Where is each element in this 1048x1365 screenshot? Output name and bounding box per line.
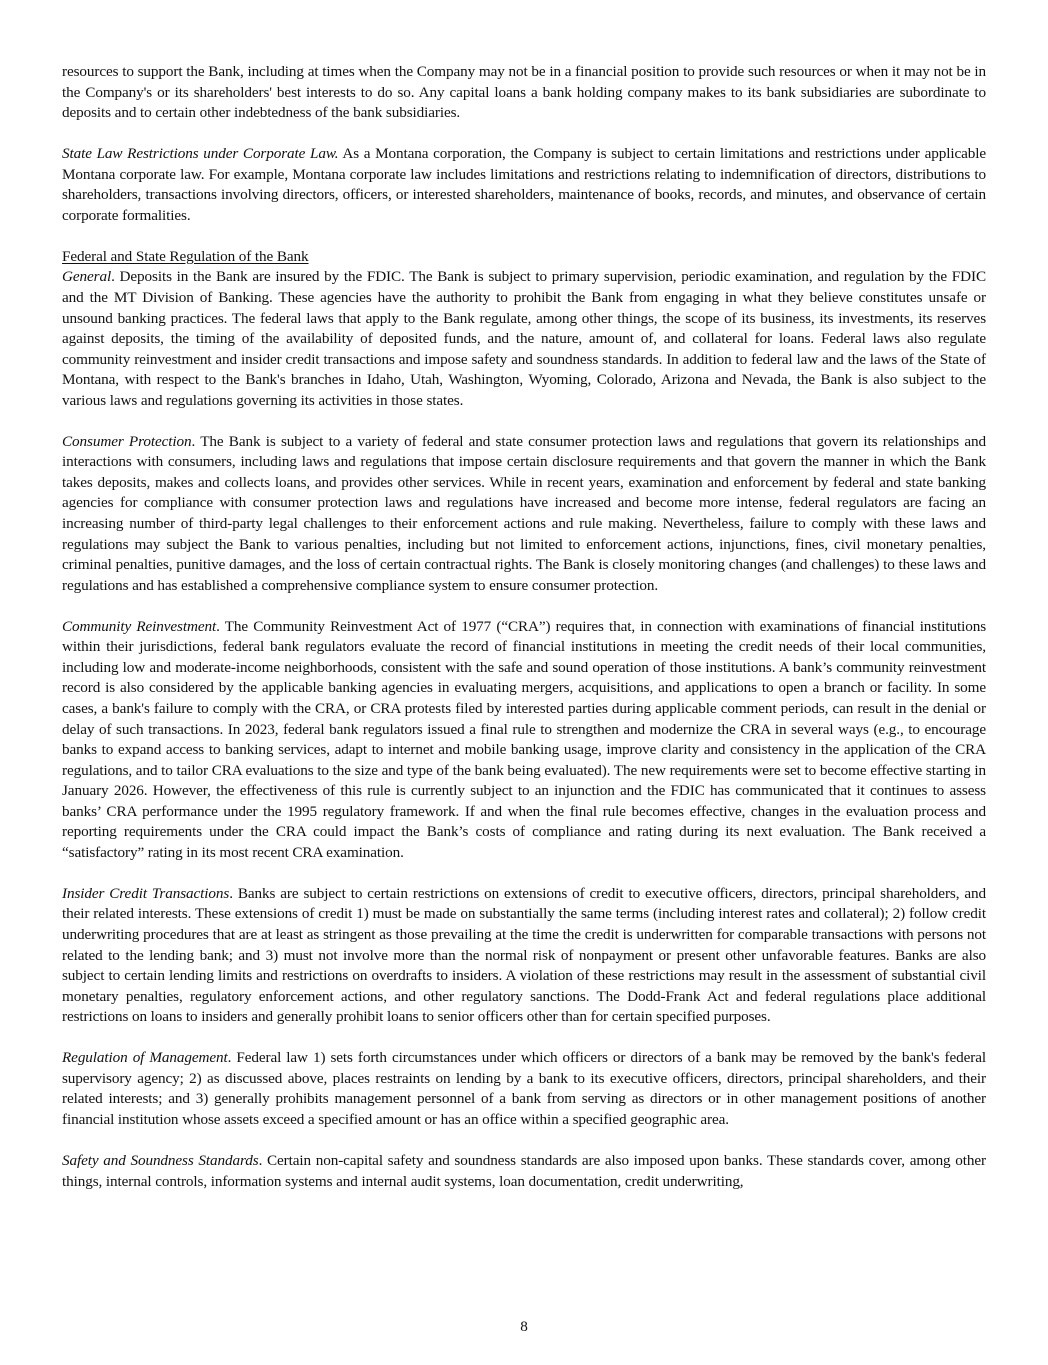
page-number: 8	[0, 1318, 1048, 1336]
paragraph-state-law-restrictions: State Law Restrictions under Corporate L…	[62, 144, 986, 226]
paragraph-lead-regulation-management: Regulation of Management	[62, 1049, 228, 1066]
paragraph-lead-community-reinvestment: Community Reinvestment	[62, 618, 216, 635]
paragraph-insider-credit-transactions: Insider Credit Transactions. Banks are s…	[62, 884, 986, 1028]
paragraph-community-reinvestment: Community Reinvestment. The Community Re…	[62, 617, 986, 864]
paragraph-regulation-of-management: Regulation of Management. Federal law 1)…	[62, 1048, 986, 1130]
paragraph-general: General. Deposits in the Bank are insure…	[62, 267, 986, 411]
section-heading-federal-state-regulation: Federal and State Regulation of the Bank	[62, 247, 986, 268]
paragraph-lead-consumer-protection: Consumer Protection	[62, 433, 191, 450]
paragraph-body-general: . Deposits in the Bank are insured by th…	[62, 268, 986, 408]
paragraph-consumer-protection: Consumer Protection. The Bank is subject…	[62, 432, 986, 596]
paragraph-lead-general: General	[62, 268, 111, 285]
paragraph-body-consumer-protection: . The Bank is subject to a variety of fe…	[62, 433, 986, 594]
paragraph-lead-insider-credit: Insider Credit Transactions	[62, 885, 229, 902]
paragraph-body-community-reinvestment: . The Community Reinvestment Act of 1977…	[62, 618, 986, 861]
paragraph-capital-support: resources to support the Bank, including…	[62, 62, 986, 124]
document-page: resources to support the Bank, including…	[62, 62, 986, 1213]
paragraph-body-insider-credit: . Banks are subject to certain restricti…	[62, 885, 986, 1025]
paragraph-lead-safety-soundness: Safety and Soundness Standards	[62, 1152, 259, 1169]
paragraph-lead-state-law: State Law Restrictions under Corporate L…	[62, 145, 338, 162]
paragraph-safety-soundness-standards: Safety and Soundness Standards. Certain …	[62, 1151, 986, 1192]
